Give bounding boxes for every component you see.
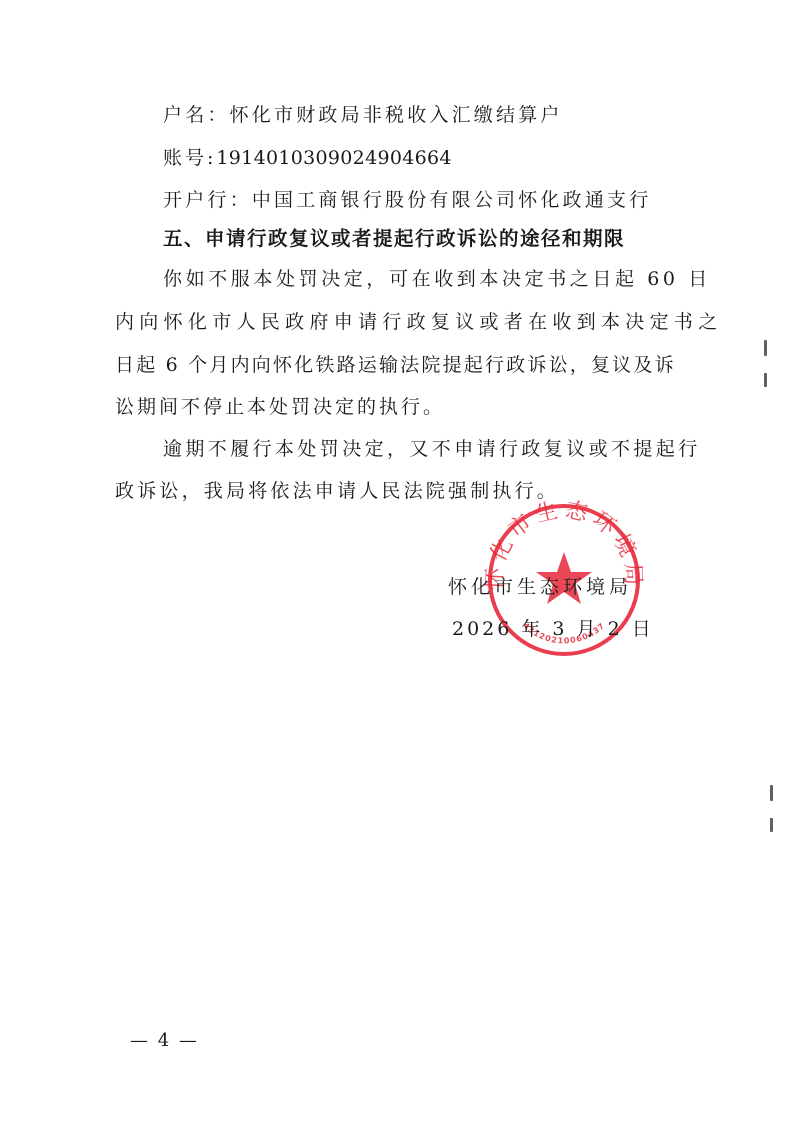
paragraph-2-line-1: 逾期不履行本处罚决定，又不申请行政复议或不提起行 bbox=[163, 437, 701, 461]
document-page: 户名：怀化市财政局非税收入汇缴结算户 账号:191401030902490466… bbox=[0, 0, 793, 1121]
issuer-name: 怀化市生态环境局 bbox=[448, 575, 632, 599]
bank-line: 开户行：中国工商银行股份有限公司怀化政通支行 bbox=[163, 188, 651, 212]
margin-mark bbox=[770, 818, 773, 832]
account-number-label: 账号: bbox=[163, 147, 216, 169]
bank-label: 开户行： bbox=[163, 189, 252, 211]
margin-mark bbox=[764, 340, 767, 356]
account-name-label: 户名： bbox=[163, 104, 230, 126]
issue-date: 2026 年 3 月 2 日 bbox=[452, 617, 654, 641]
paragraph-1-line-1: 你如不服本处罚决定，可在收到本决定书之日起 60 日 bbox=[163, 267, 711, 291]
section-heading: 五、申请行政复议或者提起行政诉讼的途径和期限 bbox=[163, 227, 625, 251]
paragraph-1-line-2: 内向怀化市人民政府申请行政复议或者在收到本决定书之 bbox=[115, 310, 723, 334]
account-name-line: 户名：怀化市财政局非税收入汇缴结算户 bbox=[163, 103, 563, 127]
page-number: — 4 — bbox=[130, 1030, 199, 1051]
account-number-value: 1914010309024904664 bbox=[216, 147, 451, 169]
paragraph-2-line-2: 政诉讼，我局将依法申请人民法院强制执行。 bbox=[115, 479, 559, 503]
bank-value: 中国工商银行股份有限公司怀化政通支行 bbox=[252, 189, 652, 211]
account-number-line: 账号:1914010309024904664 bbox=[163, 146, 452, 170]
account-name-value: 怀化市财政局非税收入汇缴结算户 bbox=[230, 104, 563, 126]
paragraph-1-line-4: 讼期间不停止本处罚决定的执行。 bbox=[115, 395, 445, 419]
margin-mark bbox=[764, 373, 767, 387]
margin-mark bbox=[770, 785, 773, 801]
paragraph-1-line-3: 日起 6 个月内向怀化铁路运输法院提起行政诉讼，复议及诉 bbox=[115, 353, 676, 377]
